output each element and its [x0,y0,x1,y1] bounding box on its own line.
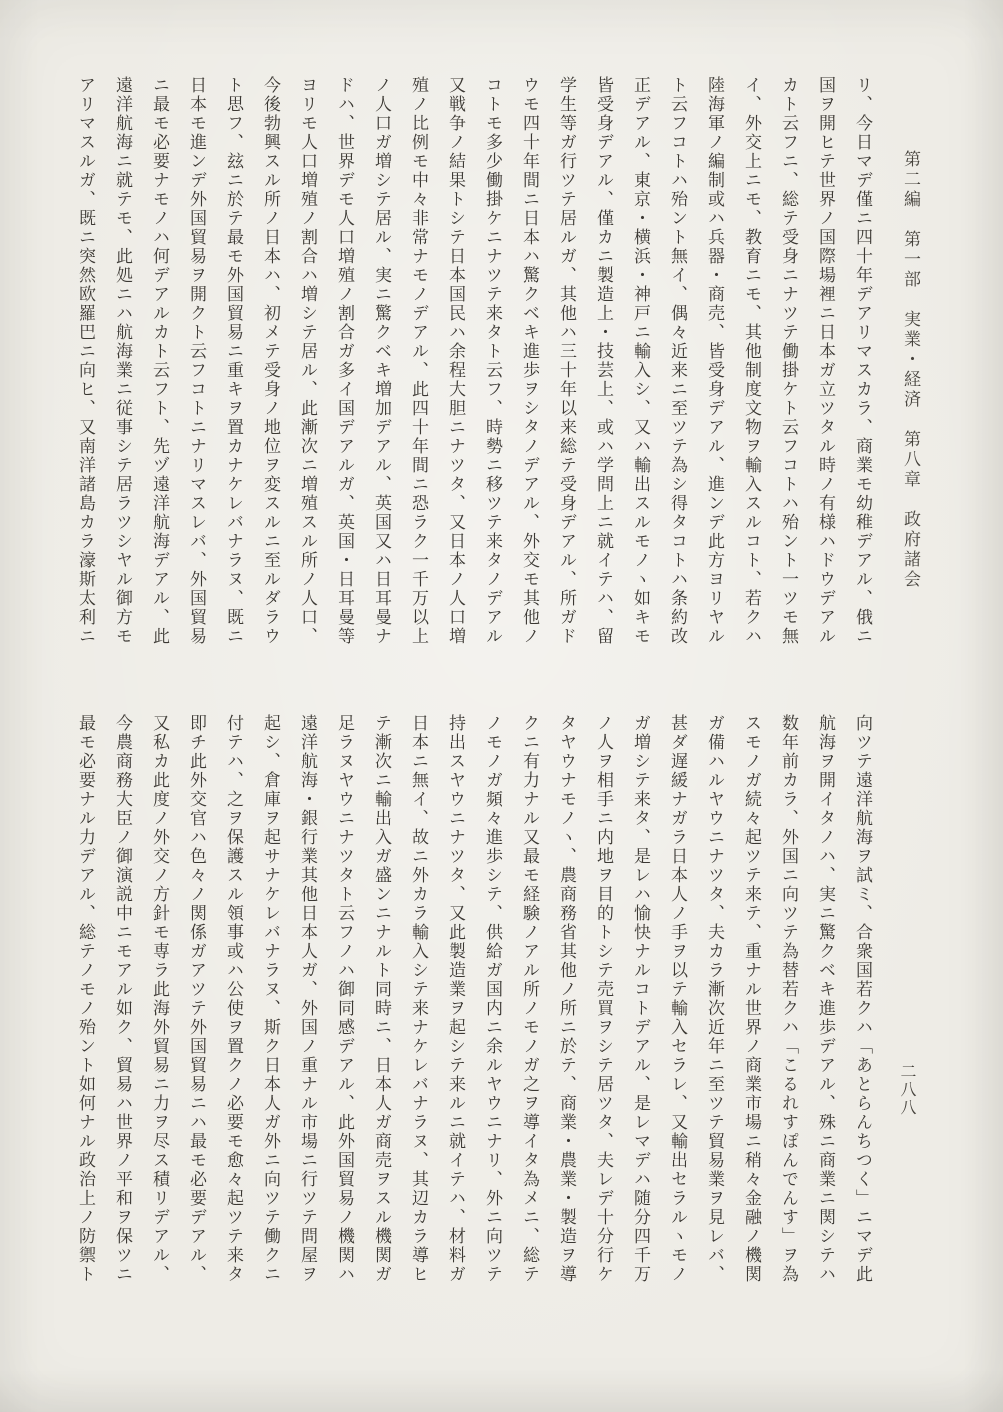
text-column: リ、今日マデ僅ニ四十年デアリマスカラ、商業モ幼稚デアル、俄ニ [843,76,880,651]
text-column: ガ増シテ来タ、是レハ愉快ナルコトデアル、是レマデハ随分四千万 [621,714,658,1289]
text-column: ウモ四十年間ニ日本ハ驚クベキ進歩ヲシタノデアル、外交モ其他ノ [510,76,547,651]
text-column: スモノガ続々起ツテ来テ、重ナル世界ノ商業市場ニ稍々金融ノ機関 [732,714,769,1289]
text-column: 最モ必要ナル力デアル、総テノモノ殆ント如何ナル政治上ノ防禦ト [66,714,103,1289]
running-header: 第二編 第一部 実業・経済 第八章 政府諸会 [898,150,923,590]
text-column: ノ人ヲ相手ニ内地ヲ目的トシテ売買ヲシテ居ツタ、夫レデ十分行ケ [584,714,621,1289]
text-column: 又私カ此度ノ外交ノ方針モ専ラ此海外貿易ニ力ヲ尽ス積リデアル、 [140,714,177,1289]
text-block-top: リ、今日マデ僅ニ四十年デアリマスカラ、商業モ幼稚デアル、俄ニ 国ヲ開ヒテ世界ノ国… [66,76,880,651]
text-column: カト云フニ、総テ受身ニナツテ働掛ケト云フコトハ殆ント一ツモ無 [769,76,806,651]
text-column: 今農商務大臣ノ御演説中ニモアル如ク、貿易ハ世界ノ平和ヲ保ツニ [103,714,140,1289]
text-column: 数年前カラ、外国ニ向ツテ為替若クハ「こるれすぽんでんす」ヲ為 [769,714,806,1289]
text-column: 航海ヲ開イタノハ、実ニ驚クベキ進歩デアル、殊ニ商業ニ関シテハ [806,714,843,1289]
text-column: 向ツテ遠洋航海ヲ試ミ、合衆国若クハ「あとらんちつく」ニマデ此 [843,714,880,1289]
text-column: ガ備ハルヤウニナツタ、夫カラ漸次近年ニ至ツテ貿易業ヲ見レバ、 [695,714,732,1289]
text-column: ニ最モ必要ナモノハ何デアルカト云フト、先ヅ遠洋航海デアル、此 [140,76,177,651]
text-column: 甚ダ遅緩ナガラ日本人ノ手ヲ以テ輸入セラレ、又輸出セラルヽモノ [658,714,695,1289]
text-column: 国ヲ開ヒテ世界ノ国際場裡ニ日本ガ立ツタル時ノ有様ハドウデアル [806,76,843,651]
text-column: 付テハ、之ヲ保護スル領事或ハ公使ヲ置クノ必要モ愈々起ツテ来タ [214,714,251,1289]
text-column: タヤウナモノヽ、農商務省其他ノ所ニ於テ、商業・農業・製造ヲ導 [547,714,584,1289]
text-column: 持出スヤウニナツタ、又此製造業ヲ起シテ来ルニ就イテハ、材料ガ [436,714,473,1289]
text-column: 足ラヌヤウニナツタト云フノハ御同感デアル、此外国貿易ノ機関ハ [325,714,362,1289]
text-column: ヨリモ人口増殖ノ割合ハ増シテ居ル、此漸次ニ増殖スル所ノ人口、 [288,76,325,651]
page-number: 二八八 [896,1063,919,1117]
text-column: 学生等ガ行ツテ居ルガ、其他ハ三十年以来総テ受身デアル、所ガド [547,76,584,651]
text-column: ドハ、世界デモ人口増殖ノ割合ガ多イ国デアルガ、英国・日耳曼等 [325,76,362,651]
text-column: ノモノガ頻々進歩シテ、供給ガ国内ニ余ルヤウニナリ、外ニ向ツテ [473,714,510,1289]
text-column: アリマスルガ、既ニ突然欧羅巴ニ向ヒ、又南洋諸島カラ濠斯太利ニ [66,76,103,651]
text-column: イ、外交上ニモ、教育ニモ、其他制度文物ヲ輸入スルコト、若クハ [732,76,769,651]
text-column: 即チ此外交官ハ色々ノ関係ガアツテ外国貿易ニハ最モ必要デアル、 [177,714,214,1289]
text-column: 陸海軍ノ編制或ハ兵器・商売、皆受身デアル、進ンデ此方ヨリヤル [695,76,732,651]
text-column: 皆受身デアル、僅カニ製造上・技芸上、或ハ学問上ニ就イテハ、留 [584,76,621,651]
text-column: 正デアル、東京・横浜・神戸ニ輸入シ、又ハ輸出スルモノヽ如キモ [621,76,658,651]
text-column: 又戦争ノ結果トシテ日本国民ハ余程大胆ニナツタ、又日本ノ人口増 [436,76,473,651]
text-column: 日本モ進ンデ外国貿易ヲ開クト云フコトニナリマスレバ、外国貿易 [177,76,214,651]
text-column: ト思フ、玆ニ於テ最モ外国貿易ニ重キヲ置カナケレバナラヌ、既ニ [214,76,251,651]
text-column: ト云フコトハ殆ント無イ、偶々近来ニ至ツテ為シ得タコトハ条約改 [658,76,695,651]
text-column: 遠洋航海ニ就テモ、此処ニハ航海業ニ従事シテ居ラツシヤル御方モ [103,76,140,651]
scanned-book-page: 第二編 第一部 実業・経済 第八章 政府諸会 二八八 リ、今日マデ僅ニ四十年デア… [0,0,1003,1412]
text-column: 殖ノ比例モ中々非常ナモノデアル、此四十年間ニ恐ラク一千万以上 [399,76,436,651]
text-block-bottom: 向ツテ遠洋航海ヲ試ミ、合衆国若クハ「あとらんちつく」ニマデ此 航海ヲ開イタノハ、… [66,714,880,1289]
text-column: クニ有力ナル又最モ経験ノアル所ノモノガ之ヲ導イタ為メニ、総テ [510,714,547,1289]
text-column: 日本ニ無イ、故ニ外カラ輸入シテ来ナケレバナラヌ、其辺カラ導ヒ [399,714,436,1289]
text-column: 遠洋航海・銀行業其他日本人ガ、外国ノ重ナル市場ニ行ツテ問屋ヲ [288,714,325,1289]
text-column: コトモ多少働掛ケニナツテ来タト云フ、時勢ニ移ツテ来タノデアル [473,76,510,651]
text-column: 起シ、倉庫ヲ起サナケレバナラヌ、斯ク日本人ガ外ニ向ツテ働クニ [251,714,288,1289]
text-column: ノ人口ガ増シテ居ル、実ニ驚クベキ増加デアル、英国又ハ日耳曼ナ [362,76,399,651]
text-column: テ漸次ニ輸出入ガ盛ンニナルト同時ニ、日本人ガ商売ヲスル機関ガ [362,714,399,1289]
text-column: 今後勃興スル所ノ日本ハ、初メテ受身ノ地位ヲ変スルニ至ルダラウ [251,76,288,651]
